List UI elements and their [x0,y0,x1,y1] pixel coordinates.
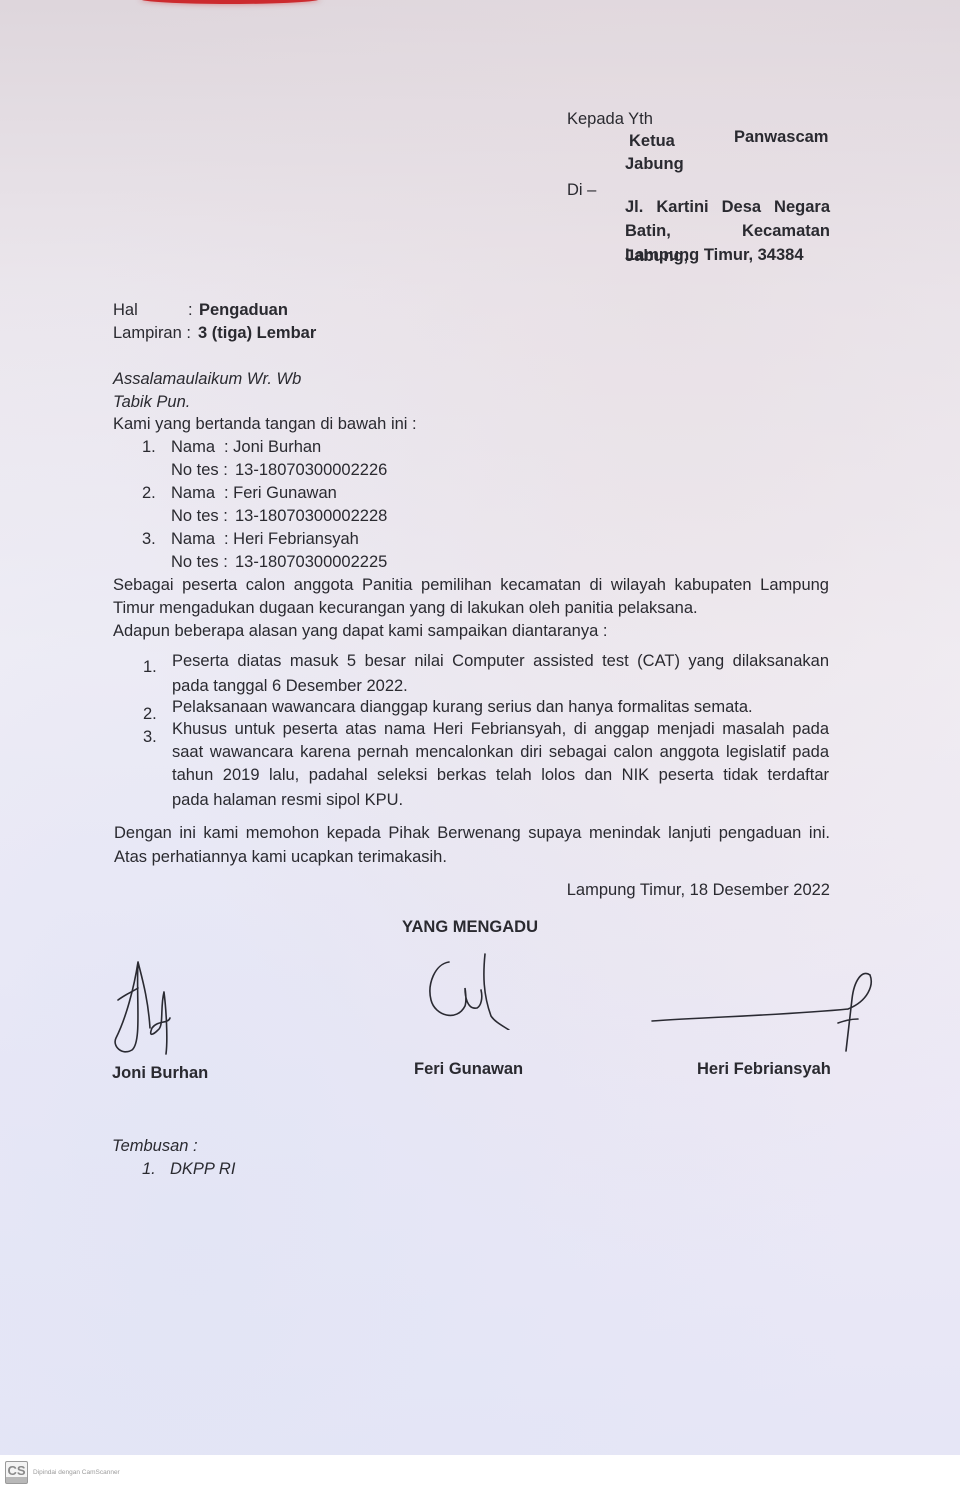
red-folder-edge [140,0,320,4]
signatory-name: : Heri Febriansyah [224,528,359,551]
lampiran-label: Lampiran : [113,322,191,345]
signatory-name: : Feri Gunawan [224,482,337,505]
cc-item: DKPP RI [170,1158,235,1181]
cc-label: Tembusan : [112,1135,198,1158]
list-number: 2. [142,482,156,505]
recipient-title-line2: Jabung [625,153,684,176]
nama-label: Nama [171,436,215,459]
body-paragraph-line: Adapun beberapa alasan yang dapat kami s… [113,620,607,643]
signature-name: Joni Burhan [112,1064,208,1083]
notes-label: No tes : [171,459,228,482]
nama-label: Nama [171,528,215,551]
hal-value: Pengaduan [199,299,288,322]
reason-line: tahun 2019 lalu, padahal seleksi berkas … [172,764,829,787]
list-number: 3. [143,726,157,749]
list-number: 1. [143,656,157,679]
reason-line: pada halaman resmi sipol KPU. [172,789,403,812]
recipient-di: Di – [567,179,596,202]
list-number: 1. [142,1158,156,1181]
salutation: Assalamaulaikum Wr. Wb [113,368,301,391]
hal-label: Hal [113,299,138,322]
list-number: 3. [142,528,156,551]
signature-name: Feri Gunawan [414,1060,523,1079]
tabik-pun: Tabik Pun. [113,391,190,414]
list-number: 1. [142,436,156,459]
intro-text: Kami yang bertanda tangan di bawah ini : [113,413,417,436]
test-number: 13-18070300002228 [235,505,387,528]
recipient-title-left: Ketua [629,130,675,153]
reason-line: saat wawancara karena pernah mencalonkan… [172,741,829,764]
notes-label: No tes : [171,505,228,528]
signature-joni-burhan [108,958,188,1058]
signature-heading: YANG MENGADU [402,916,538,939]
test-number: 13-18070300002226 [235,459,387,482]
reason-line: Pelaksanaan wawancara dianggap kurang se… [172,696,753,719]
recipient-greeting: Kepada Yth [567,108,653,131]
reason-line: pada tanggal 6 Desember 2022. [172,675,408,698]
reason-line: Peserta diatas masuk 5 besar nilai Compu… [172,650,829,673]
recipient-address-line: Jl. Kartini Desa Negara [625,195,830,220]
scanner-watermark-text: Dipindai dengan CamScanner [33,1469,120,1476]
recipient-title-right: Panwascam [734,126,828,149]
body-paragraph-line: Timur mengadukan dugaan kecurangan yang … [113,597,698,620]
signature-heri-febriansyah [648,965,878,1055]
signature-name: Heri Febriansyah [697,1060,831,1079]
hal-separator: : [188,299,193,322]
place-date: Lampung Timur, 18 Desember 2022 [567,879,830,902]
nama-label: Nama [171,482,215,505]
list-number: 2. [143,703,157,726]
scanned-letter-page: Kepada Yth Ketua Panwascam Jabung Di – J… [0,0,960,1455]
lampiran-value: 3 (tiga) Lembar [198,322,316,345]
closing-thanks: Atas perhatiannya kami ucapkan terimakas… [114,846,447,869]
test-number: 13-18070300002225 [235,551,387,574]
closing-request: Dengan ini kami memohon kepada Pihak Ber… [114,822,830,845]
recipient-address-line: Lampung Timur, 34384 [625,243,830,268]
reason-line: Khusus untuk peserta atas nama Heri Febr… [172,718,829,741]
body-paragraph-line: Sebagai peserta calon anggota Panitia pe… [113,574,829,597]
signatory-name: : Joni Burhan [224,436,321,459]
scanner-footer: CS Dipindai dengan CamScanner [0,1455,960,1490]
notes-label: No tes : [171,551,228,574]
camscanner-logo-icon: CS [5,1461,28,1484]
signature-feri-gunawan [425,950,515,1030]
